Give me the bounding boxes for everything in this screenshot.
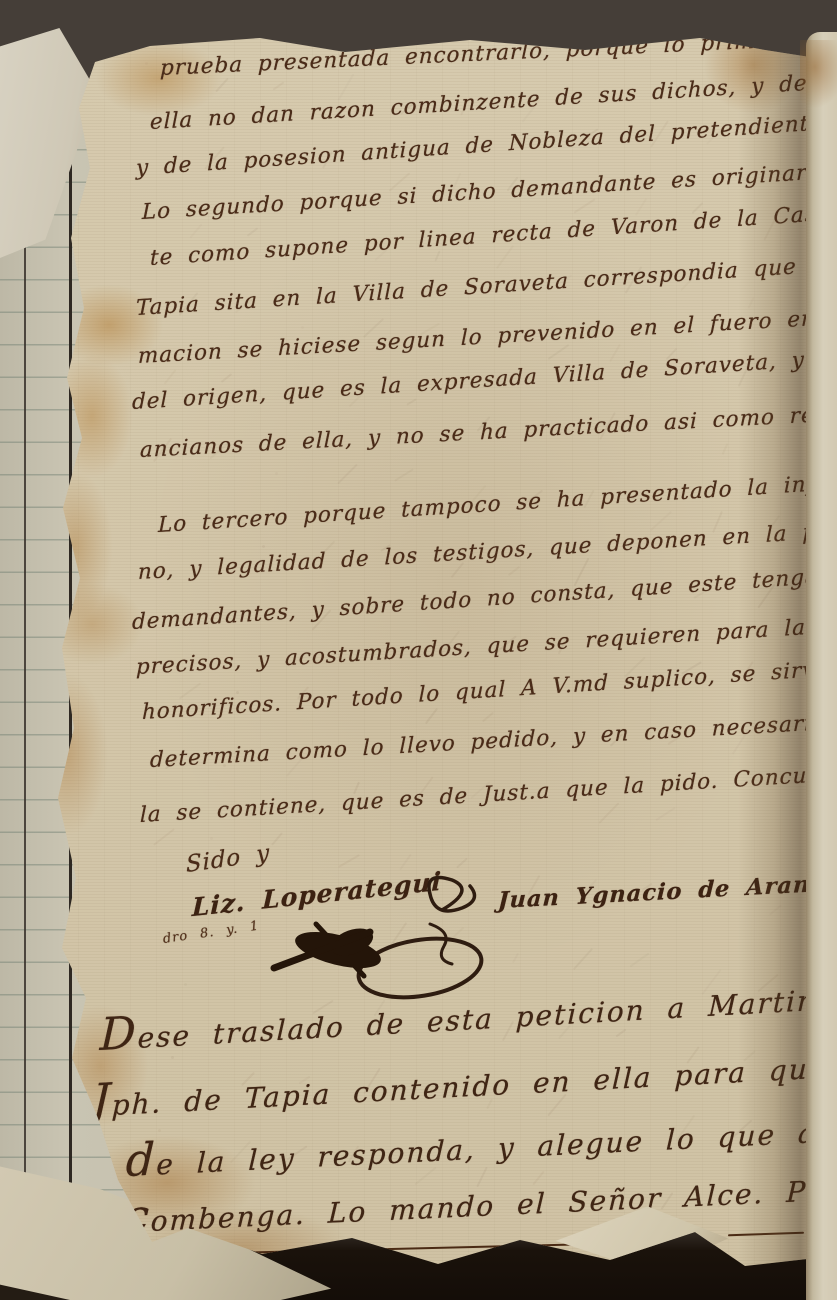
hatch-mark xyxy=(599,802,620,824)
ruled-sheet-vertical-rule-inner xyxy=(69,124,72,1300)
hatch-mark xyxy=(496,245,514,269)
hatch-mark xyxy=(209,836,213,840)
hatch-mark xyxy=(338,854,360,868)
hatch-mark xyxy=(573,948,593,970)
next-page-top-stain xyxy=(800,40,837,130)
hatch-mark xyxy=(300,325,304,329)
hatch-mark xyxy=(221,373,232,383)
hatch-mark xyxy=(406,398,416,405)
hatch-mark xyxy=(394,468,414,481)
hatch-mark xyxy=(456,858,468,869)
hatch-mark xyxy=(655,807,675,821)
hatch-mark xyxy=(399,854,412,871)
hatch-mark xyxy=(274,471,278,475)
hatch-mark xyxy=(164,369,177,384)
hatch-mark xyxy=(184,983,188,987)
manuscript-line: prueba presentada encontrarlo, porque lo… xyxy=(160,18,837,81)
hatch-mark xyxy=(425,708,438,724)
hatch-mark xyxy=(273,81,285,90)
hatch-mark xyxy=(573,198,595,213)
rubric-flourish-and-ink-blot xyxy=(252,872,542,1012)
manuscript-photo: { "meta": { "title": "Handwritten Spanis… xyxy=(0,0,837,1300)
manuscript-page: prueba presentada encontrarlo, porque lo… xyxy=(0,0,837,1300)
hatch-mark xyxy=(261,544,265,548)
ruled-sheet-vertical-rule-outer xyxy=(24,240,26,1300)
margin-note: dro 8. y. 1 xyxy=(162,919,260,947)
hatch-mark xyxy=(189,223,202,238)
next-page-edge xyxy=(806,32,837,1300)
hatch-mark xyxy=(153,828,175,846)
hatch-mark xyxy=(630,953,650,968)
hatch-mark xyxy=(722,443,729,455)
hatch-mark xyxy=(271,832,283,846)
hatch-mark xyxy=(144,61,148,65)
hatch-mark xyxy=(337,464,358,485)
hatch-mark xyxy=(434,251,440,262)
hatch-mark xyxy=(338,74,355,101)
hatch-mark xyxy=(215,78,229,93)
hatch-mark xyxy=(548,344,570,360)
hatch-mark xyxy=(247,227,259,236)
hatch-mark xyxy=(508,566,520,576)
hatch-mark xyxy=(482,712,494,723)
